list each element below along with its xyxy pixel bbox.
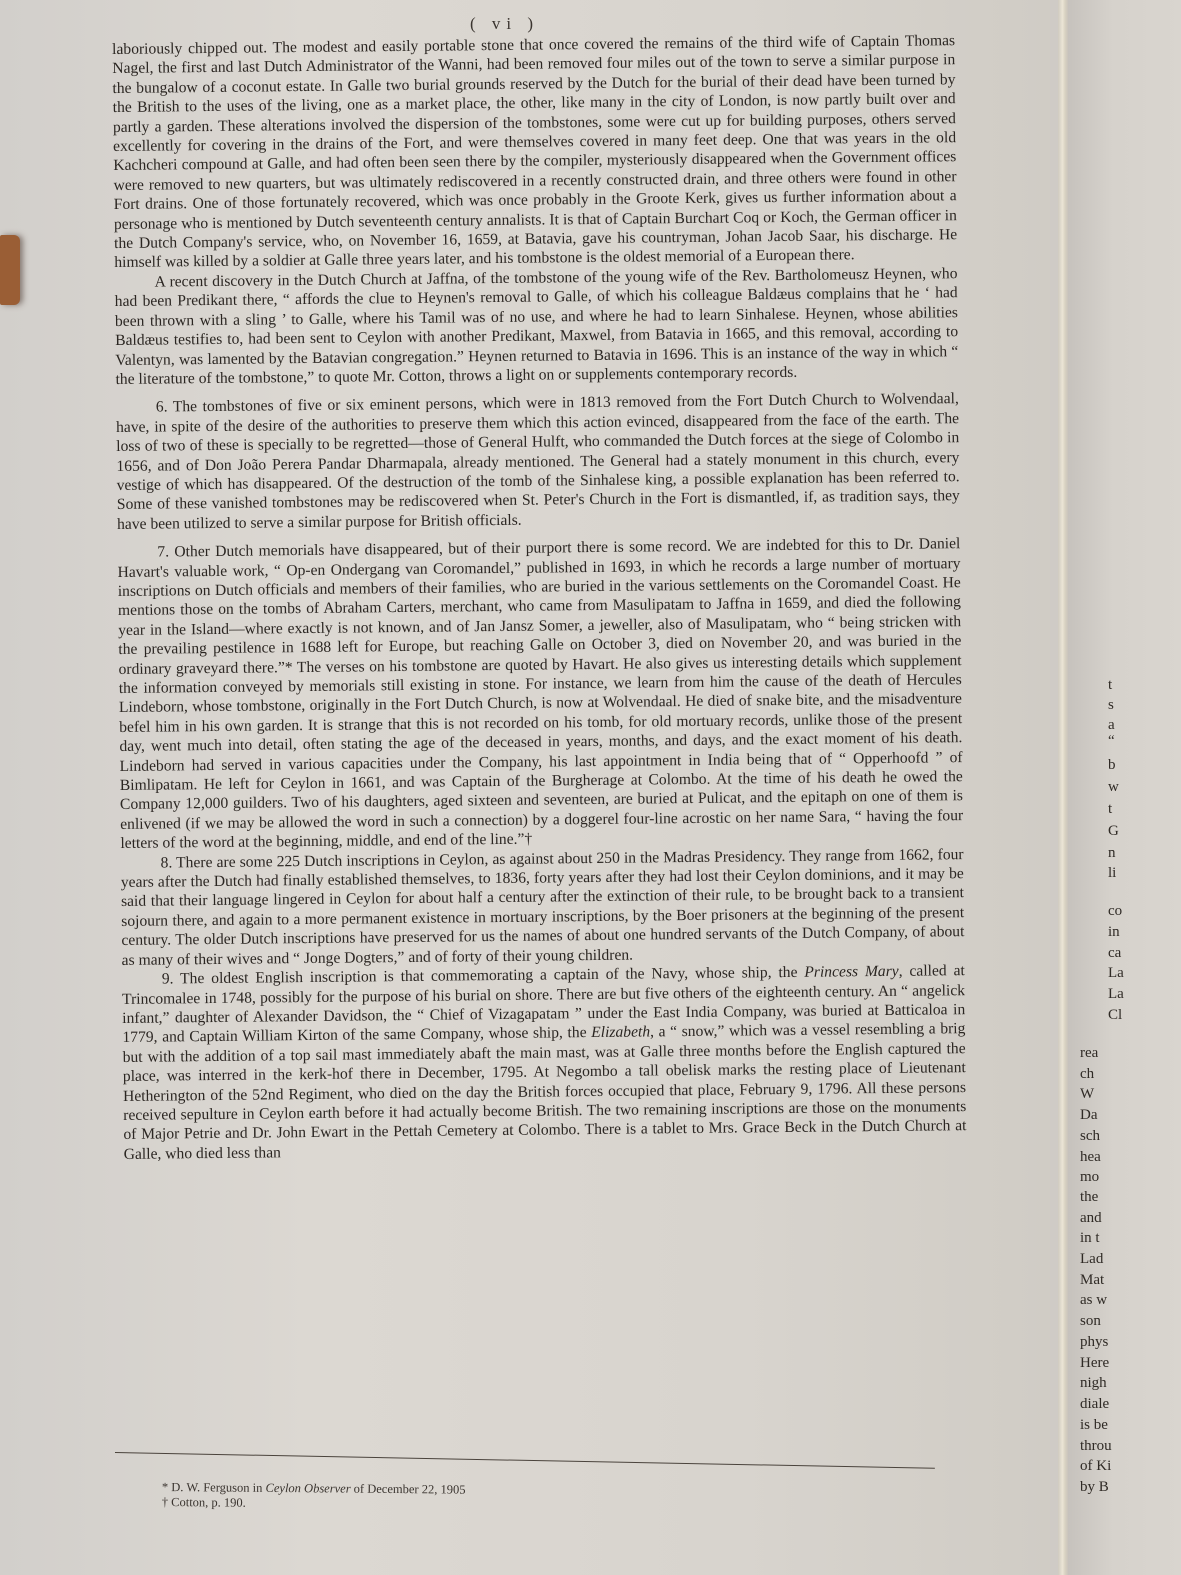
facing-page-fragment: La — [1108, 964, 1124, 984]
facing-page-fragment: diale — [1080, 1395, 1109, 1415]
footnote-text-after: of December 22, 1905 — [351, 1482, 466, 1497]
page-fold — [1058, 0, 1068, 1575]
body-text: laboriously chipped out. The modest and … — [112, 31, 967, 1164]
facing-page-fragment: of Ki — [1080, 1457, 1111, 1477]
facing-page-fragment: Mat — [1080, 1271, 1104, 1291]
facing-page-fragment: is be — [1080, 1416, 1108, 1436]
footnote-2: † Cotton, p. 190. — [162, 1495, 466, 1513]
facing-page-fragment: Cl — [1108, 1006, 1122, 1026]
page-tab-marker — [0, 235, 20, 305]
facing-page-fragment: Da — [1080, 1106, 1098, 1126]
facing-page-fragment: La — [1108, 985, 1124, 1005]
paragraph-continuation: laboriously chipped out. The modest and … — [112, 31, 957, 273]
facing-page-fragment: mo — [1080, 1168, 1099, 1188]
facing-page-fragment: rea — [1080, 1044, 1098, 1064]
ship-name-princess-mary: Princess Mary — [804, 963, 899, 981]
footnote-mark: † — [162, 1495, 168, 1509]
page-number-header: ( vi ) — [470, 14, 539, 34]
facing-page-fragment: n — [1108, 844, 1116, 864]
footnote-mark: * — [162, 1480, 168, 1494]
facing-page-fragment: sch — [1080, 1127, 1100, 1147]
paragraph-section-9: 9. The oldest English inscription is tha… — [122, 961, 967, 1164]
facing-page-fragment: li — [1108, 864, 1116, 884]
paragraph-section-7: 7. Other Dutch memorials have disappeare… — [117, 534, 963, 853]
footnote-divider — [115, 1452, 935, 1469]
facing-page-fragment: co — [1108, 902, 1122, 922]
facing-page-fragment: and — [1080, 1209, 1102, 1229]
facing-page-fragment: b — [1108, 756, 1116, 776]
ship-name-elizabeth: Elizabeth — [591, 1024, 650, 1042]
footnote-text: D. W. Ferguson in — [171, 1480, 265, 1495]
facing-page-fragment: ca — [1108, 944, 1121, 964]
book-page-right-facing: tsa“bwtGnlicoincaLaLaClreachWDaschheamot… — [1068, 0, 1181, 1575]
facing-page-fragment: phys — [1080, 1333, 1108, 1353]
facing-page-fragment: w — [1108, 778, 1119, 798]
footnote-source: Ceylon Observer — [265, 1481, 350, 1496]
facing-page-fragment: in — [1108, 923, 1120, 943]
facing-page-fragment: as w — [1080, 1291, 1107, 1311]
paragraph-section-6: 6. The tombstones of five or six eminent… — [116, 389, 960, 534]
facing-page-fragment: throu — [1080, 1437, 1112, 1457]
facing-page-fragment: t — [1108, 800, 1112, 820]
facing-page-fragment: in t — [1080, 1229, 1100, 1249]
footnotes: * D. W. Ferguson in Ceylon Observer of D… — [162, 1480, 466, 1513]
book-page-left: ( vi ) laboriously chipped out. The mode… — [0, 0, 1050, 1575]
facing-page-fragment: W — [1080, 1085, 1094, 1105]
facing-page-fragment: hea — [1080, 1148, 1101, 1168]
facing-page-fragment: t — [1108, 676, 1112, 696]
facing-page-fragment: Lad — [1080, 1250, 1103, 1270]
facing-page-fragment: ch — [1080, 1065, 1094, 1085]
facing-page-fragment: son — [1080, 1312, 1101, 1332]
facing-page-fragment: nigh — [1080, 1374, 1107, 1394]
facing-page-fragment: the — [1080, 1188, 1098, 1208]
paragraph-section-8: 8. There are some 225 Dutch inscriptions… — [121, 845, 965, 970]
facing-page-fragment: “ — [1108, 732, 1115, 752]
facing-page-fragment: s — [1108, 696, 1114, 716]
paragraph-heynen: A recent discovery in the Dutch Church a… — [114, 264, 958, 389]
footnote-text: Cotton, p. 190. — [171, 1495, 246, 1510]
facing-page-fragment: by B — [1080, 1478, 1109, 1498]
facing-page-fragment: G — [1108, 822, 1119, 842]
facing-page-fragment: Here — [1080, 1354, 1109, 1374]
